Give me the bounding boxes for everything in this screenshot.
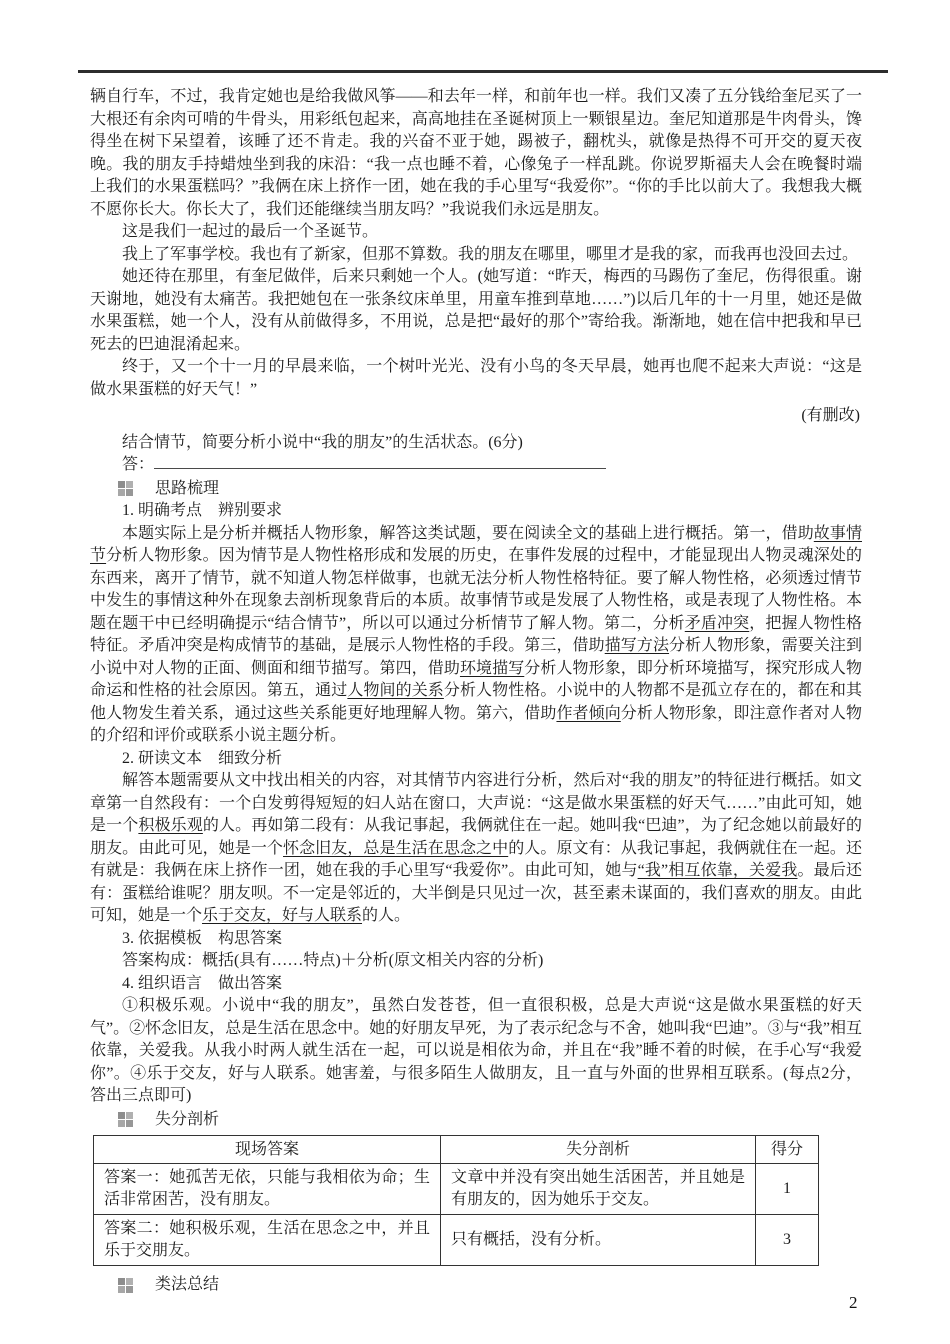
header-answer: 现场答案 [94, 1136, 441, 1164]
header-analysis: 失分剖析 [441, 1136, 756, 1164]
step1-title: 1. 明确考点 辨别要求 [90, 500, 862, 523]
cell-analysis: 文章中并没有突出她生活困苦，并且她是有朋友的，因为她乐于交友。 [441, 1164, 756, 1215]
story-paragraph: 这是我们一起过的最后一个圣诞节。 [90, 221, 862, 244]
answer-blank [154, 454, 606, 469]
answer-label: 答： [122, 456, 154, 473]
section-heading-summary: 类法总结 [90, 1274, 862, 1297]
story-paragraph: 她还待在那里，有奎尼做伴，后来只剩她一个人。(她写道：“昨天，梅西的马踢伤了奎尼… [90, 266, 862, 356]
section-title: 类法总结 [155, 1274, 219, 1297]
grid-squares-icon [118, 1112, 133, 1127]
page-number: 2 [849, 1293, 858, 1313]
cell-analysis: 只有概括，没有分析。 [441, 1215, 756, 1266]
step3-body: 答案构成：概括(具有……特点)＋分析(原文相关内容的分析) [90, 950, 862, 973]
step4-title: 4. 组织语言 做出答案 [90, 973, 862, 996]
step1-body: 本题实际上是分析并概括人物形象，解答这类试题，要在阅读全文的基础上进行概括。第一… [90, 523, 862, 748]
header-score: 得分 [756, 1136, 819, 1164]
cell-score: 3 [756, 1215, 819, 1266]
loss-analysis-table: 现场答案 失分剖析 得分 答案一：她孤苦无依，只能与我相依为命；生活非常困苦，没… [93, 1135, 819, 1266]
step2-title: 2. 研读文本 细致分析 [90, 748, 862, 771]
cell-answer: 答案一：她孤苦无依，只能与我相依为命；生活非常困苦，没有朋友。 [94, 1164, 441, 1215]
step2-body: 解答本题需要从文中找出相关的内容，对其情节内容进行分析，然后对“我的朋友”的特征… [90, 770, 862, 928]
cell-score: 1 [756, 1164, 819, 1215]
section-title: 失分剖析 [155, 1109, 219, 1132]
table-row: 答案一：她孤苦无依，只能与我相依为命；生活非常困苦，没有朋友。 文章中并没有突出… [94, 1164, 819, 1215]
section-heading-loss-analysis: 失分剖析 [90, 1109, 862, 1132]
grid-squares-icon [118, 481, 133, 496]
step3-title: 3. 依据模板 构思答案 [90, 928, 862, 951]
grid-squares-icon [118, 1278, 133, 1293]
source-note: (有删改) [90, 405, 862, 428]
header-divider [78, 70, 888, 73]
story-paragraph: 终于，又一个十一月的早晨来临，一个树叶光光、没有小鸟的冬天早晨，她再也爬不起来大… [90, 356, 862, 401]
cell-answer: 答案二：她积极乐观，生活在思念之中，并且乐于交朋友。 [94, 1215, 441, 1266]
table-row: 答案二：她积极乐观，生活在思念之中，并且乐于交朋友。 只有概括，没有分析。 3 [94, 1215, 819, 1266]
table-header-row: 现场答案 失分剖析 得分 [94, 1136, 819, 1164]
section-heading-outline: 思路梳理 [90, 478, 862, 501]
answer-line: 答： [90, 454, 862, 477]
section-title: 思路梳理 [155, 478, 219, 501]
story-paragraph: 我上了军事学校。我也有了新家，但那不算数。我的朋友在哪里，哪里才是我的家，而我再… [90, 244, 862, 267]
step4-body: ①积极乐观。小说中“我的朋友”，虽然白发苍苍，但一直很积极，总是大声说“这是做水… [90, 995, 862, 1108]
page-content: 辆自行车，不过，我肯定她也是给我做风筝——和去年一样，和前年也一样。我们又凑了五… [90, 86, 862, 1297]
story-paragraph: 辆自行车，不过，我肯定她也是给我做风筝——和去年一样，和前年也一样。我们又凑了五… [90, 86, 862, 221]
document-page: 辆自行车，不过，我肯定她也是给我做风筝——和去年一样，和前年也一样。我们又凑了五… [0, 0, 950, 1344]
question-text: 结合情节，简要分析小说中“我的朋友”的生活状态。(6分) [90, 432, 862, 455]
